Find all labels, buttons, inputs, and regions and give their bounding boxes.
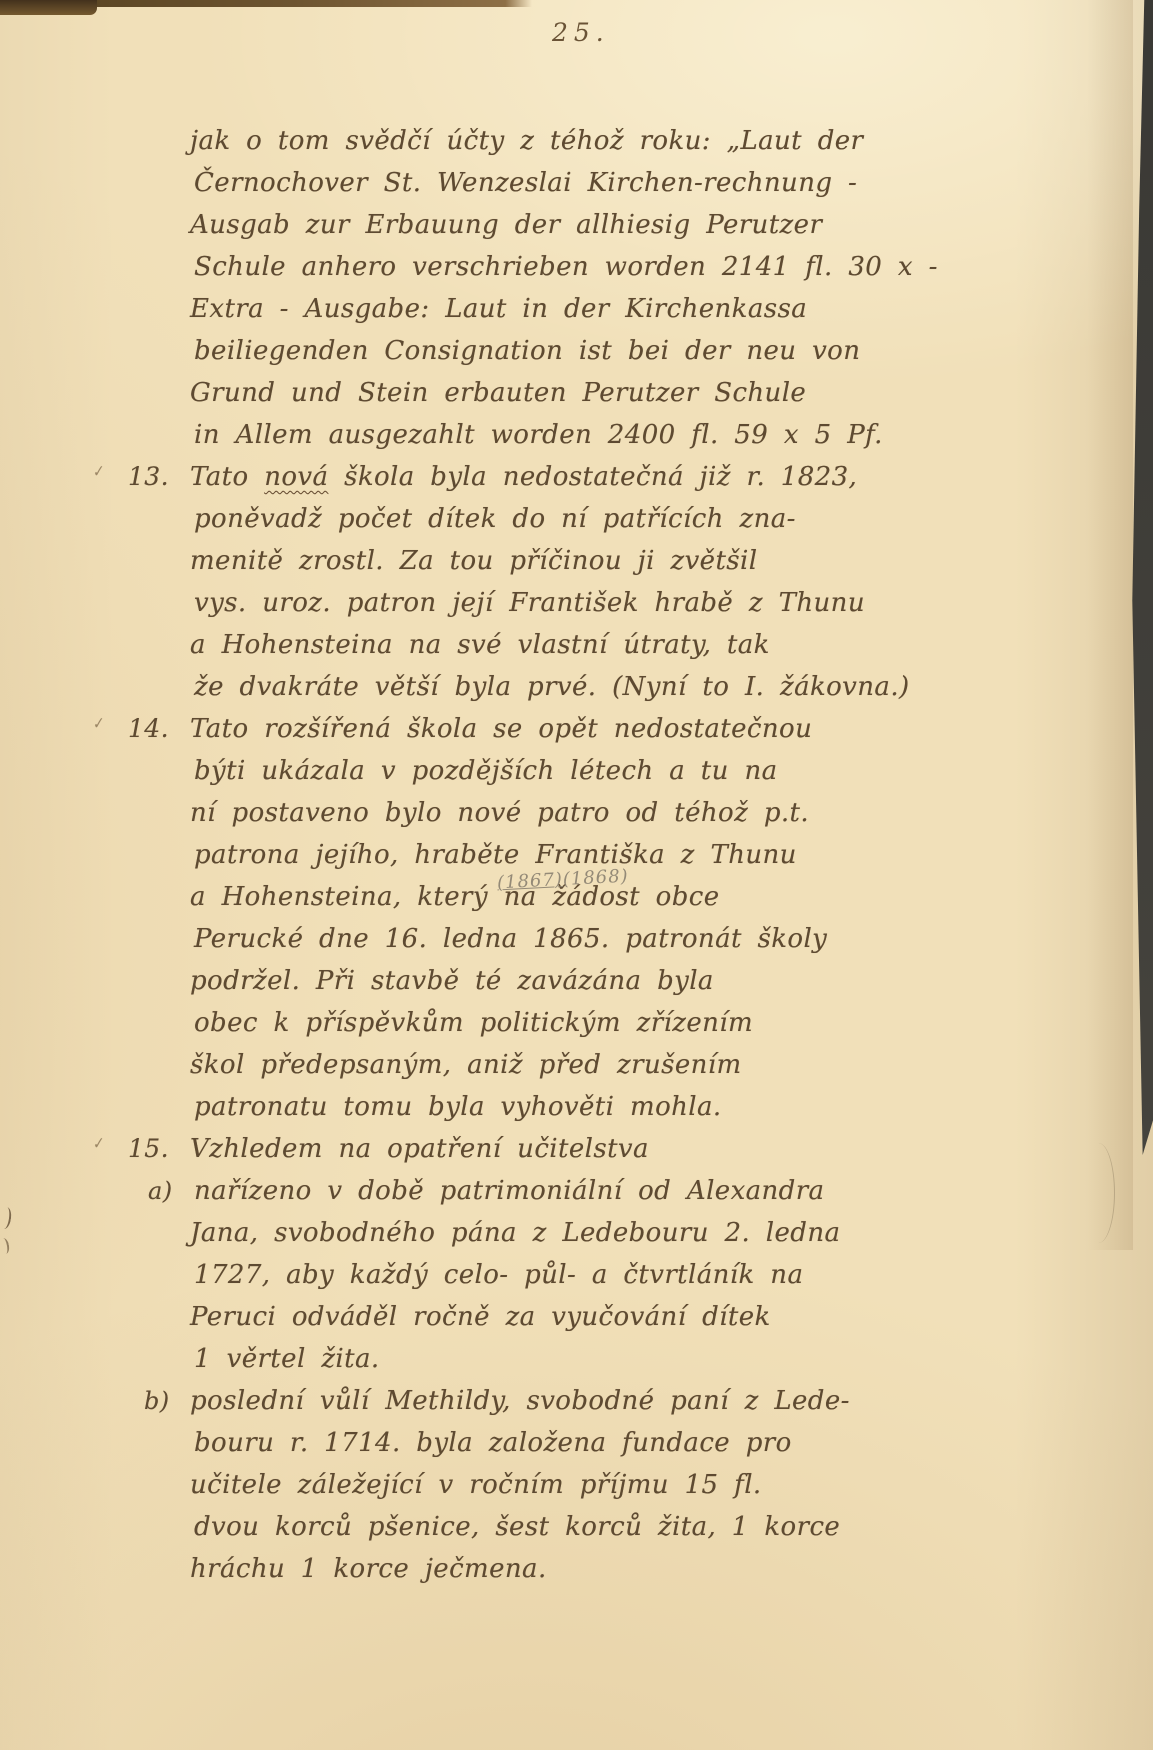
manuscript-line: Grund und Stein erbauten Perutzer Schule: [190, 372, 1090, 414]
item-marker: b): [144, 1380, 170, 1422]
item-marker: 14.: [128, 708, 169, 750]
manuscript-line: patronatu tomu byla vyhověti mohla.: [194, 1086, 1090, 1128]
manuscript-line: obec k příspěvkům politickým zřízením: [194, 1002, 1090, 1044]
manuscript-line: Černochover St. Wenzeslai Kirchen-rechnu…: [194, 162, 1090, 204]
manuscript-line: učitele záležející v ročním příjmu 15 fl…: [190, 1464, 1090, 1506]
item-marker: 13.: [128, 456, 169, 498]
stray-pencil-mark: [1082, 1143, 1115, 1243]
manuscript-line: patrona jejího, hraběte Františka z Thun…: [194, 834, 1090, 876]
manuscript-line: ní postaveno bylo nové patro od téhož p.…: [190, 792, 1090, 834]
manuscript-line: a Hohensteina, který na žádost obce: [190, 876, 1090, 918]
binding-shadow-corner: [0, 0, 97, 15]
manuscript-line: a)nařízeno v době patrimoniální od Alexa…: [194, 1170, 1090, 1212]
manuscript-line: Schule anhero verschrieben worden 2141 f…: [194, 246, 1090, 288]
scan-background-right-edge: [1130, 0, 1153, 1155]
manuscript-line: poněvadž počet dítek do ní patřících zna…: [194, 498, 1090, 540]
manuscript-line: Peruci odváděl ročně za vyučování dítek: [190, 1296, 1090, 1338]
manuscript-line: Extra - Ausgabe: Laut in der Kirchenkass…: [190, 288, 1090, 330]
manuscript-line: 1 věrtel žita.: [194, 1338, 1090, 1380]
manuscript-line: Perucké dne 16. ledna 1865. patronát ško…: [194, 918, 1090, 960]
manuscript-line: a Hohensteina na své vlastní útraty, tak: [190, 624, 1090, 666]
underlined-word: nová: [264, 462, 328, 492]
manuscript-line: Ausgab zur Erbauung der allhiesig Perutz…: [190, 204, 1090, 246]
manuscript-text: jak o tom svědčí účty z téhož roku: „Lau…: [190, 120, 1090, 1590]
manuscript-line: hráchu 1 korce ječmena.: [190, 1548, 1090, 1590]
manuscript-line: ✓13.Tato nová škola byla nedostatečná ji…: [190, 456, 1090, 498]
manuscript-line: beiliegenden Consignation ist bei der ne…: [194, 330, 1090, 372]
check-tick-mark: ✓: [90, 1136, 105, 1153]
item-marker: 15.: [128, 1128, 169, 1170]
check-tick-mark: ✓: [90, 464, 105, 481]
manuscript-line: že dvakráte větší byla prvé. (Nyní to I.…: [194, 666, 1090, 708]
item-marker: a): [148, 1170, 172, 1212]
manuscript-line: jak o tom svědčí účty z téhož roku: „Lau…: [190, 120, 1090, 162]
manuscript-line: škol předepsaným, aniž před zrušením: [190, 1044, 1090, 1086]
check-tick-mark: ✓: [90, 716, 105, 733]
ink-smudge: [0, 1206, 12, 1229]
pencil-year-right: (1868): [562, 866, 629, 890]
manuscript-line: Jana, svobodného pána z Ledebouru 2. led…: [190, 1212, 1090, 1254]
manuscript-line: bouru r. 1714. byla založena fundace pro: [194, 1422, 1090, 1464]
page-number: 25.: [552, 18, 610, 47]
manuscript-line: vys. uroz. patron její František hrabě z…: [194, 582, 1090, 624]
page-edge-crease: [1087, 0, 1133, 1250]
manuscript-line: b)poslední vůlí Methildy, svobodné paní …: [190, 1380, 1090, 1422]
manuscript-line: podržel. Při stavbě té zavázána byla: [190, 960, 1090, 1002]
ink-smudge: [0, 1237, 10, 1254]
manuscript-line: dvou korců pšenice, šest korců žita, 1 k…: [194, 1506, 1090, 1548]
manuscript-line: in Allem ausgezahlt worden 2400 fl. 59 x…: [194, 414, 1090, 456]
manuscript-line: býti ukázala v pozdějších létech a tu na: [194, 750, 1090, 792]
manuscript-line: ✓15.Vzhledem na opatření učitelstva: [190, 1128, 1090, 1170]
pencil-year-left: (1867): [497, 869, 564, 893]
manuscript-line: ✓14.Tato rozšířená škola se opět nedosta…: [190, 708, 1090, 750]
manuscript-line: 1727, aby každý celo- půl- a čtvrtláník …: [194, 1254, 1090, 1296]
manuscript-page: 25. jak o tom svědčí účty z téhož roku: …: [0, 0, 1153, 1750]
manuscript-line: menitě zrostl. Za tou příčinou ji zvětši…: [190, 540, 1090, 582]
